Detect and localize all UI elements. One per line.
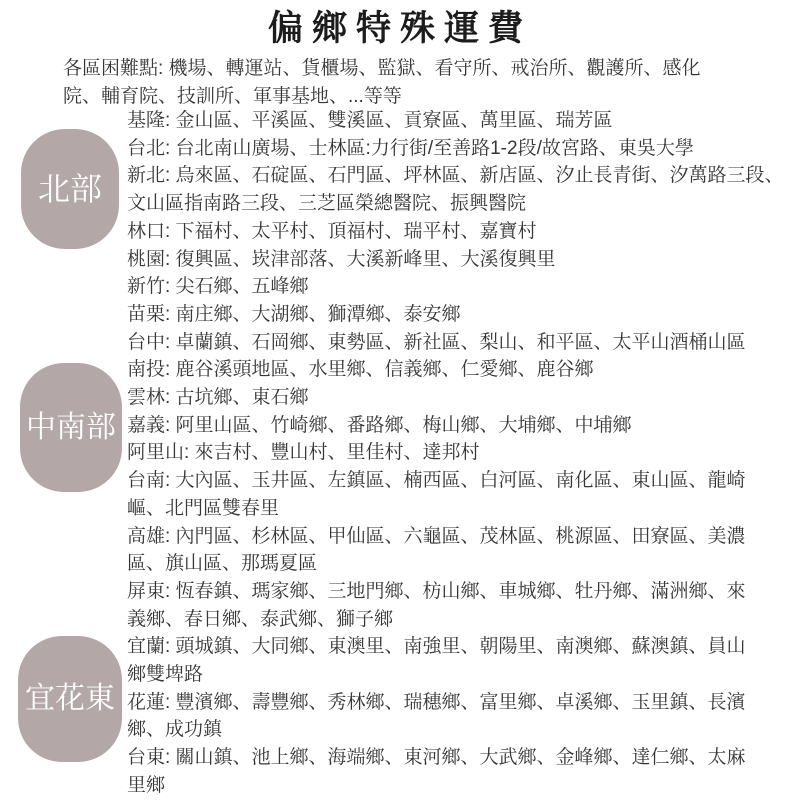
- region-row: 新竹: 尖石鄉、五峰鄉: [127, 273, 795, 301]
- region-row: 嘉義: 阿里山區、竹崎鄉、番路鄉、梅山鄉、大埔鄉、中埔鄉: [127, 412, 795, 440]
- region-row: 宜蘭: 頭城鎮、大同鄉、東澳里、南強里、朝陽里、南澳鄉、蘇澳鎮、員山: [127, 633, 795, 661]
- region-row: 台中: 卓蘭鎮、石岡鄉、東勢區、新社區、梨山、和平區、太平山酒桶山區: [127, 329, 795, 357]
- region-row: 鄉雙埤路: [127, 661, 795, 689]
- region-row: 嶇、北門區雙春里: [127, 495, 795, 523]
- region-row: 基隆: 金山區、平溪區、雙溪區、貢寮區、萬里區、瑞芳區: [127, 107, 795, 135]
- group-label-north: 北部: [21, 129, 119, 249]
- intro-paragraph: 各區困難點: 機場、轉運站、貨櫃場、監獄、看守所、戒治所、觀護所、感化院、輔育院…: [63, 55, 768, 111]
- region-row: 義鄉、春日鄉、泰武鄉、獅子鄉: [127, 606, 795, 634]
- region-row: 林口: 下福村、太平村、頂福村、瑞平村、嘉寶村: [127, 218, 795, 246]
- region-row: 南投: 鹿谷溪頭地區、水里鄉、信義鄉、仁愛鄉、鹿谷鄉: [127, 356, 795, 384]
- region-row: 文山區指南路三段、三芝區榮總醫院、振興醫院: [127, 190, 795, 218]
- region-row: 苗栗: 南庄鄉、大湖鄉、獅潭鄉、泰安鄉: [127, 301, 795, 329]
- region-row: 台北: 台北南山廣場、士林區:力行街/至善路1-2段/故宮路、東吳大學: [127, 135, 795, 163]
- region-row: 花蓮: 豐濱鄉、壽豐鄉、秀林鄉、瑞穗鄉、富里鄉、卓溪鄉、玉里鎮、長濱: [127, 689, 795, 717]
- group-label-central-south: 中南部: [20, 363, 122, 492]
- region-row: 新北: 烏來區、石碇區、石門區、坪林區、新店區、汐止長青街、汐萬路三段、: [127, 162, 795, 190]
- region-list: 基隆: 金山區、平溪區、雙溪區、貢寮區、萬里區、瑞芳區台北: 台北南山廣場、士林…: [127, 107, 795, 800]
- page: 偏鄉特殊運費 各區困難點: 機場、轉運站、貨櫃場、監獄、看守所、戒治所、觀護所、…: [0, 0, 800, 800]
- region-row: 屏東: 恆春鎮、瑪家鄉、三地門鄉、枋山鄉、車城鄉、牡丹鄉、滿洲鄉、來: [127, 578, 795, 606]
- region-row: 台南: 大內區、玉井區、左鎮區、楠西區、白河區、南化區、東山區、龍崎: [127, 467, 795, 495]
- region-row: 雲林: 古坑鄉、東石鄉: [127, 384, 795, 412]
- region-row: 台東: 關山鎮、池上鄉、海端鄉、東河鄉、大武鄉、金峰鄉、達仁鄉、太麻: [127, 744, 795, 772]
- group-label-east: 宜花東: [18, 636, 122, 762]
- region-row: 桃園: 復興區、崁津部落、大溪新峰里、大溪復興里: [127, 246, 795, 274]
- region-row: 里鄉: [127, 772, 795, 800]
- region-row: 高雄: 內門區、杉林區、甲仙區、六龜區、茂林區、桃源區、田寮區、美濃: [127, 523, 795, 551]
- region-row: 阿里山: 來吉村、豐山村、里佳村、達邦村: [127, 439, 795, 467]
- intro-line: 各區困難點: 機場、轉運站、貨櫃場、監獄、看守所、戒治所、觀護所、感化: [63, 55, 768, 83]
- page-title: 偏鄉特殊運費: [0, 0, 800, 51]
- region-row: 區、旗山區、那瑪夏區: [127, 550, 795, 578]
- region-row: 鄉、成功鎮: [127, 716, 795, 744]
